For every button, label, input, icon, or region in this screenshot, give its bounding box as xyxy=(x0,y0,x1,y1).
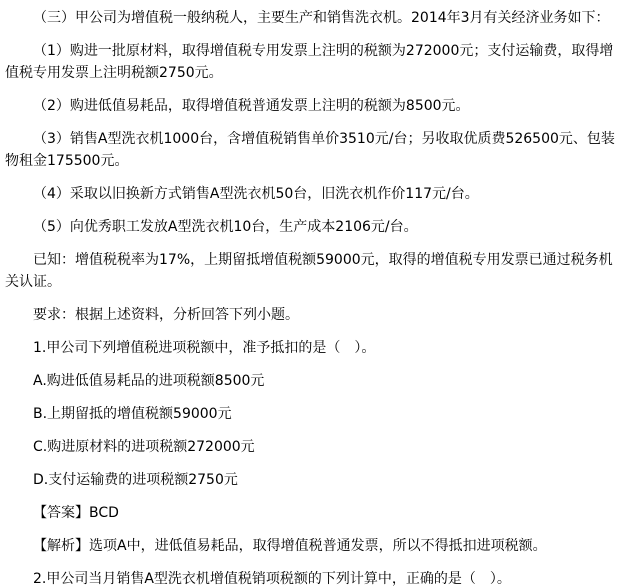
document-page: （三）甲公司为增值税一般纳税人，主要生产和销售洗衣机。2014年3月有关经济业务… xyxy=(0,0,623,586)
question-1-option-c: C.购进原材料的进项税额272000元 xyxy=(5,436,617,458)
business-item-1: （1）购进一批原材料，取得增值税专用发票上注明的税额为272000元；支付运输费… xyxy=(5,40,617,84)
intro-paragraph: （三）甲公司为增值税一般纳税人，主要生产和销售洗衣机。2014年3月有关经济业务… xyxy=(5,7,617,29)
question-1-option-b: B.上期留抵的增值税额59000元 xyxy=(5,403,617,425)
business-item-4: （4）采取以旧换新方式销售A型洗衣机50台，旧洗衣机作价117元/台。 xyxy=(5,183,617,205)
question-1-option-d: D.支付运输费的进项税额2750元 xyxy=(5,469,617,491)
question-1-analysis: 【解析】选项A中，进低值易耗品，取得增值税普通发票，所以不得抵扣进项税额。 xyxy=(5,535,617,557)
business-item-2: （2）购进低值易耗品，取得增值税普通发票上注明的税额为8500元。 xyxy=(5,95,617,117)
question-1-option-a: A.购进低值易耗品的进项税额8500元 xyxy=(5,370,617,392)
known-conditions: 已知：增值税税率为17%，上期留抵增值税额59000元，取得的增值税专用发票已通… xyxy=(5,249,617,293)
business-item-3: （3）销售A型洗衣机1000台，含增值税销售单价3510元/台；另收取优质费52… xyxy=(5,128,617,172)
question-2: 2.甲公司当月销售A型洗衣机增值税销项税额的下列计算中，正确的是（ ）。 xyxy=(5,568,617,586)
question-1: 1.甲公司下列增值税进项税额中，准予抵扣的是（ ）。 xyxy=(5,337,617,359)
business-item-5: （5）向优秀职工发放A型洗衣机10台，生产成本2106元/台。 xyxy=(5,216,617,238)
requirements: 要求：根据上述资料，分析回答下列小题。 xyxy=(5,304,617,326)
question-1-answer: 【答案】BCD xyxy=(5,502,617,524)
